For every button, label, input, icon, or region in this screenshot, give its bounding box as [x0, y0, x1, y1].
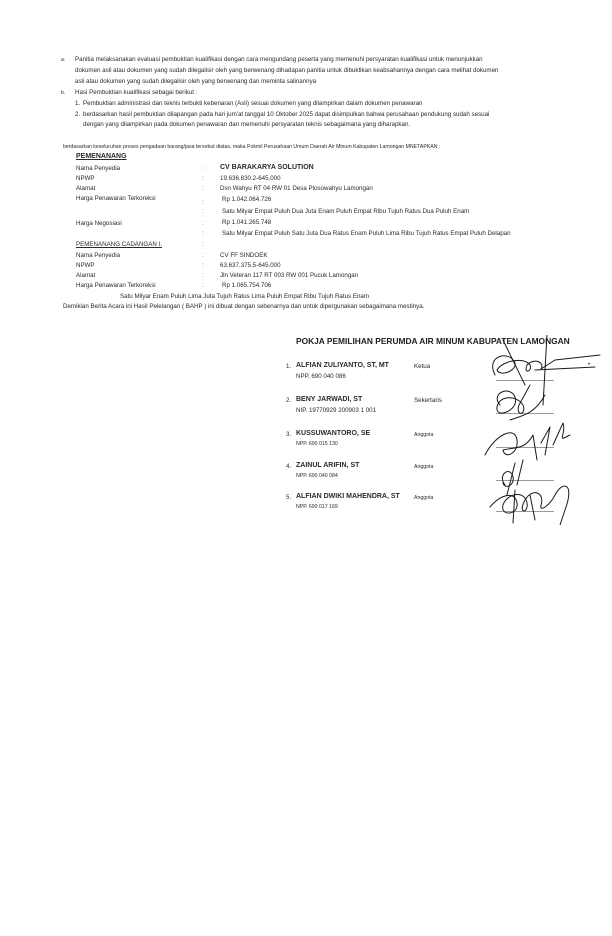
colon: :	[202, 281, 204, 290]
member-id: NPP. 690 017 169	[296, 503, 338, 511]
winner-label-negotiated-price: Harga Negosiasi	[76, 219, 122, 228]
backup-amount-words: Satu Milyar Enam Puluh Lima Juta Tujuh R…	[120, 292, 369, 301]
member-role: Anggota	[414, 431, 433, 439]
section-a-line-3: asli atau dokumen yang sudah dilegalisir…	[75, 77, 316, 86]
colon: :	[202, 251, 204, 260]
colon: :	[202, 174, 204, 183]
section-a-line-1: Panitia melaksanakan evaluasi pembuktian…	[75, 55, 483, 64]
winner-value-npwp: 19.636.830.2-645.000	[220, 174, 281, 183]
member-name: ZAINUL ARIFIN, ST	[296, 461, 359, 471]
section-b-item-2-line-1: berdasarkan hasil pembuktian dilapangan …	[83, 110, 489, 119]
member-name: ALFIAN ZULIYANTO, ST, MT	[296, 361, 389, 371]
member-role: Ketua	[414, 362, 430, 371]
member-id: NPP. 690 040 084	[296, 472, 338, 480]
closing-statement: Demikian Berita Acara ini Hasil Pelelang…	[63, 302, 424, 311]
backup-value-npwp: 63.637.375.5-645.000	[220, 261, 281, 270]
winner-value-name: CV BARAKARYA SOLUTION	[220, 163, 314, 173]
section-b-item-2-line-2: dengan yang dilampirkan pada dokumen pen…	[83, 120, 410, 129]
member-role: Sekertaris	[414, 396, 442, 405]
member-number: 4.	[286, 462, 291, 471]
winner-label-npwp: NPWP	[76, 174, 95, 183]
colon: :	[202, 219, 204, 228]
section-b-title: Hasi Pembuktian kualifikasi sebagai beri…	[75, 88, 197, 97]
stray-dot: •	[588, 362, 590, 368]
backup-label-name: Nama Penyedia	[76, 251, 120, 260]
section-b-item-1-num: 1.	[75, 99, 80, 108]
backup-value-corrected-price: Rp 1.065.754.706	[222, 281, 271, 290]
colon: :	[202, 164, 204, 173]
section-b-item-2-num: 2.	[75, 110, 80, 119]
member-name: KUSSUWANTORO, SE	[296, 429, 370, 439]
winner-label-corrected-price: Harga Penawaran Terkoreksi	[76, 194, 156, 203]
winner-value-negotiated-price-words: Satu Milyar Empat Puluh Satu Juta Dua Ra…	[222, 229, 511, 238]
member-name: ALFIAN DWIKI MAHENDRA, ST	[296, 492, 400, 502]
colon: :	[202, 229, 204, 238]
colon: :	[202, 271, 204, 280]
backup-label-address: Alamat	[76, 271, 95, 280]
winner-label-address: Alamat	[76, 184, 95, 193]
winner-value-negotiated-price: Rp 1.041.265.748	[222, 218, 271, 227]
backup-winner-heading: PEMENANANG CADANGAN I.	[76, 240, 162, 249]
member-name: BENY JARWADI, ST	[296, 395, 362, 405]
member-number: 5.	[286, 493, 291, 502]
winner-label-name: Nama Penyedia	[76, 164, 120, 173]
backup-value-name: CV FF SINDOEK	[220, 251, 267, 260]
member-number: 1.	[286, 362, 291, 371]
backup-value-address: Jln Veteran 117 RT 003 RW 001 Pucuk Lamo…	[220, 271, 358, 280]
backup-label-corrected-price: Harga Penawaran Terkoreksi	[76, 281, 156, 290]
member-number: 2.	[286, 396, 291, 405]
winner-heading: PEMENANANG	[76, 152, 127, 162]
winner-value-corrected-price: Rp 1.042.064.726	[222, 195, 271, 204]
signatures-icon	[455, 335, 605, 525]
section-a-marker: a.	[61, 57, 65, 63]
section-b-item-1-text: Pembuktian administrasi dan teknis terbu…	[83, 99, 422, 108]
backup-label-npwp: NPWP	[76, 261, 95, 270]
member-role: Anggota	[414, 494, 433, 502]
colon: :	[202, 198, 204, 207]
colon: :	[202, 184, 204, 193]
member-id: NPP. 690 015 130	[296, 440, 338, 448]
colon: :	[202, 240, 204, 249]
colon: :	[202, 207, 204, 216]
determination-intro: berdasarkan keseluruhan proses pengadaan…	[63, 143, 440, 151]
section-b-marker: b.	[61, 90, 65, 96]
winner-value-corrected-price-words: Satu Milyar Empat Puluh Dua Juta Enam Pu…	[222, 207, 469, 216]
member-number: 3.	[286, 430, 291, 439]
member-id: NPP. 690 040 086	[296, 372, 346, 381]
member-role: Anggota	[414, 463, 433, 471]
colon: :	[202, 261, 204, 270]
section-a-line-2: dokumen asli atau dokumen yang sudah dil…	[75, 66, 498, 75]
winner-value-address: Dsn Wahyu RT 04 RW 01 Desa Plosowahyu La…	[220, 184, 373, 193]
member-id: NIP. 19770929 200903 1 001	[296, 406, 376, 415]
